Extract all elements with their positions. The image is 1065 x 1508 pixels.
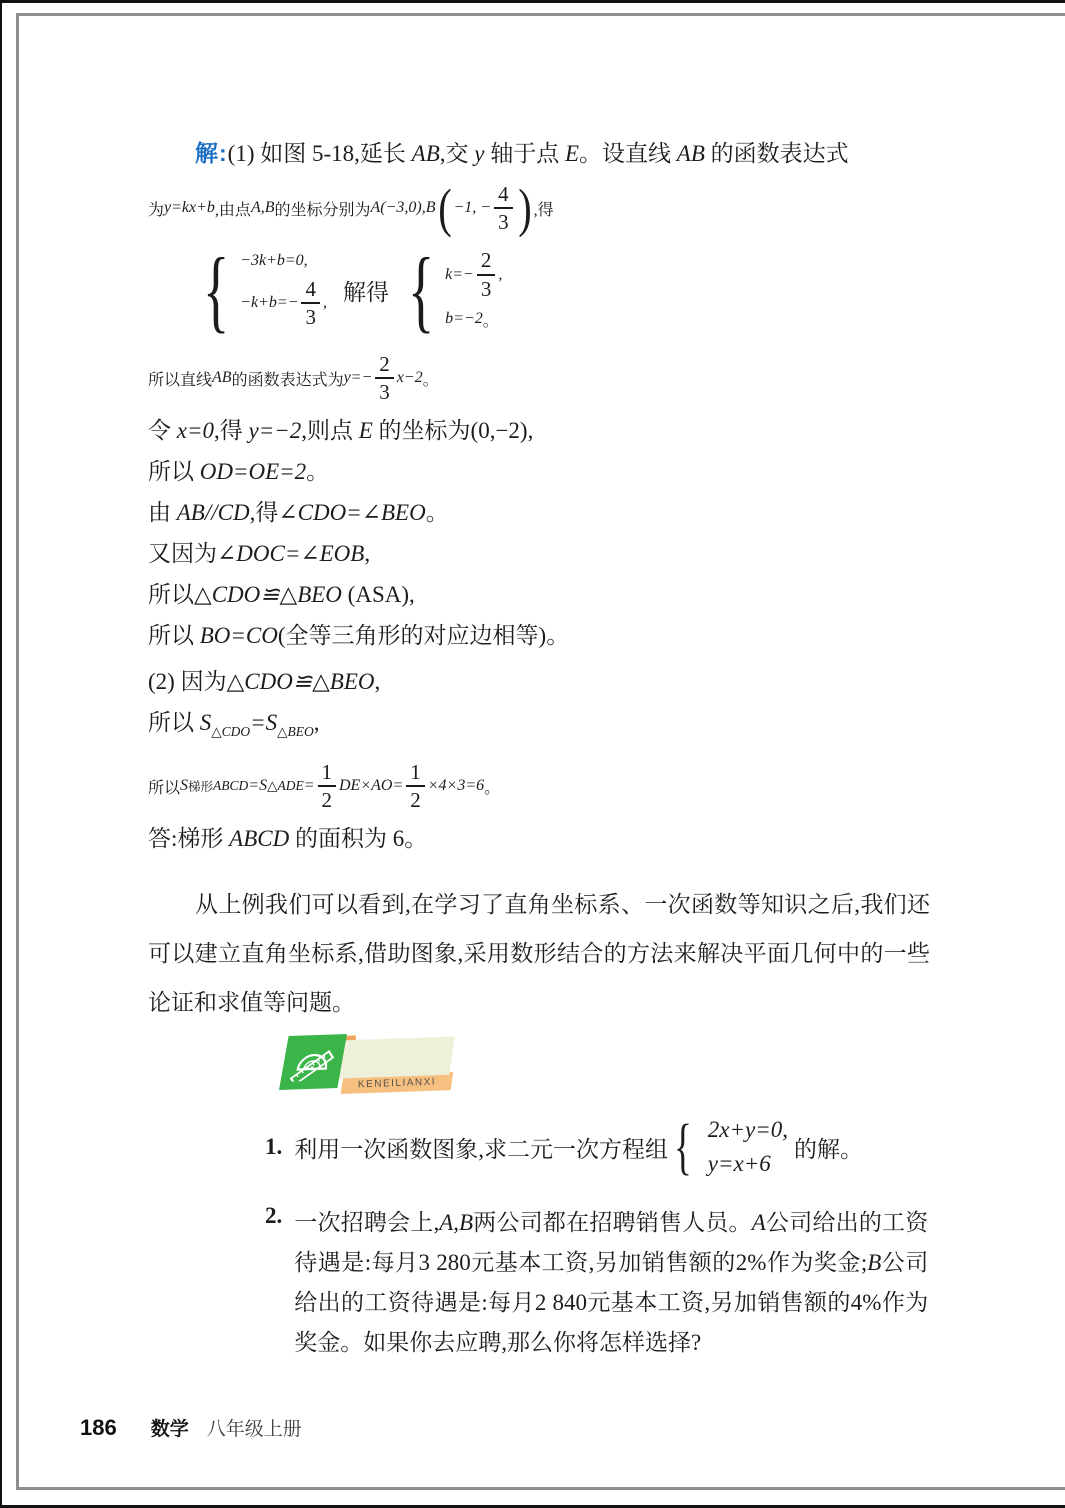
math-run: x−2 [397,369,423,387]
math-run: y=x+6 [708,1151,771,1177]
math-run: −3k+b=0, [240,252,308,270]
text-run: 一次招聘会上, [294,1210,439,1235]
math-run: y=kx+b [164,199,215,217]
math-run: A(−3,0),B [371,199,436,217]
solution-line-14: 所以 S梯形ABCD=S△ADE=12DE×AO=12×4×3=6。 [148,758,938,814]
numerator: 2 [375,353,394,379]
math-run: =S [248,777,267,795]
page-footer: 186 数学 八年级上册 [80,1414,302,1441]
numerator: 1 [406,761,425,787]
text-run: 解得 [343,274,389,307]
math-run: , [323,294,327,312]
practice-badge: 课内练习 KENEILIANXI [282,1037,522,1093]
text-run: 的函数表达式为 [232,367,344,390]
text-run: 。 [426,500,449,525]
summary-paragraph: 从上例我们可以看到,在学习了直角坐标系、一次函数等知识之后,我们还可以建立直角坐… [148,880,930,1027]
subscript: 梯形 [188,777,213,795]
solution-line-5: 所以直线 AB 的函数表达式为 y=−23x−2。 [148,350,938,406]
solution-line-2: 为 y=kx+b,由点 A,B 的坐标分别为 A(−3,0),B(−1, −43… [148,180,938,236]
solution-line-12: (2) 因为△CDO≌△BEO, [148,667,938,697]
math-run: b=−2 [445,310,483,328]
solution-line-8: 由 AB//CD,得∠CDO=∠BEO。 [148,498,938,528]
math-run: = [304,777,315,795]
text-run: , [314,710,320,735]
textbook-page: { "colors":{"solution_blue":"#1b6fc2","f… [0,0,1065,1508]
text-run: , [375,669,381,694]
math-run: 2x+y=0, [708,1117,788,1143]
text-run: , [364,541,370,566]
math-run: S [200,710,212,735]
math-run: OD=OE=2 [200,459,306,484]
solution-line-9: 又因为∠DOC=∠EOB, [148,539,938,569]
text-run: ,得 [534,197,554,220]
text-run: ,交 [440,141,475,166]
math-run: AB [412,141,440,166]
text-run: (ASA), [342,582,415,607]
math-run: B [867,1250,881,1275]
left-brace: { [203,246,230,334]
solution-line-1: 解:(1) 如图 5-18,延长 AB,交 y 轴于点 E。设直线 AB 的函数… [148,138,938,169]
text-run: 又因为 [148,541,217,566]
fraction: 43 [301,278,320,328]
exercise-2: 2. 一次招聘会上,A,B两公司都在招聘销售人员。A公司给出的工资待遇是:每月3… [265,1203,938,1363]
numerator: 4 [301,278,320,304]
subscript: △BEO [277,724,314,739]
text-run: 所以 [148,775,180,798]
text-run: 的面积为 6。 [289,826,427,851]
solution-answer-line: 答:梯形 ABCD 的面积为 6。 [148,824,938,854]
text-run: 所以 [148,623,200,648]
exercise-number: 1. [265,1134,282,1160]
fraction: 12 [406,761,425,811]
denominator: 2 [410,787,421,811]
exercise-1: 1. 利用一次函数图象,求二元一次方程组 { 2x+y=0, y=x+6 的解。 [265,1117,938,1177]
numerator: 1 [318,761,337,787]
math-run: =S [250,710,277,735]
text-run: (2) 因为 [148,669,227,694]
math-run: ABCD [229,826,289,851]
text-run: 。 [483,308,499,331]
math-run: k=− [445,266,474,284]
solution-line-11: 所以 BO=CO(全等三角形的对应边相等)。 [148,621,938,651]
text-run: 答:梯形 [148,826,229,851]
solution-label: 解: [195,140,228,166]
math-run: AB [212,369,232,387]
text-run: 。 [423,367,439,390]
math-run: −k+b=− [240,294,298,312]
math-run: A [752,1210,766,1235]
math-run: , [498,266,502,284]
math-run: −1, − [453,199,491,217]
protractor-ruler-icon [288,1042,337,1081]
math-run: DE×AO= [339,777,403,795]
text-run: ,得 [214,418,249,443]
system-solutions: k=−23, b=−2。 [445,249,502,330]
left-brace: { [408,246,435,334]
exercise-text: 一次招聘会上,A,B两公司都在招聘销售人员。A公司给出的工资待遇是:每月3 28… [294,1203,928,1363]
left-brace: { [674,1117,692,1177]
fraction: 12 [318,761,337,811]
fraction: 43 [494,183,513,233]
numerator: 4 [494,183,513,209]
math-run: A,B [251,199,275,217]
equation-system: { −3k+b=0, −k+b=−43, 解得 { k=−23, b=−2。 [194,246,938,334]
text-run: ,则点 [301,418,359,443]
text-run: 所以 [148,459,200,484]
math-run: E [565,141,579,166]
denominator: 3 [379,379,390,403]
text-run: 所以 [148,582,194,607]
solution-line-10: 所以△CDO≌△BEO (ASA), [148,580,938,610]
math-run: △CDO≌△BEO [194,582,342,607]
numerator: 2 [477,249,496,275]
denominator: 3 [498,209,509,233]
math-run: ∠CDO=∠BEO [278,500,425,525]
math-run: y=− [344,369,373,387]
solution-line-7: 所以 OD=OE=2。 [148,457,938,487]
math-run: S [180,777,188,795]
fraction: 23 [477,249,496,299]
text-run: (1) 如图 5-18,延长 [228,141,412,166]
system-equations: 2x+y=0, y=x+6 [708,1117,788,1177]
math-run: △CDO≌△BEO [227,669,375,694]
denominator: 3 [481,276,492,300]
math-run: x=0 [177,418,214,443]
scan-edge-left [0,0,2,1508]
footer-volume: 八年级上册 [207,1414,302,1441]
text-run: 。 [306,459,329,484]
math-run: A,B [439,1210,473,1235]
text-run: 的坐标为(0,−2), [373,418,534,443]
math-run: BO=CO [200,623,278,648]
page-number: 186 [80,1415,117,1441]
math-run: AB//CD [177,500,250,525]
page-content: 解:(1) 如图 5-18,延长 AB,交 y 轴于点 E。设直线 AB 的函数… [148,138,938,1363]
subscript: △CDO [211,724,250,739]
solution-line-13: 所以 S△CDO=S△BEO, [148,708,938,747]
footer-subject: 数学 [151,1414,189,1441]
text-run: 两公司都在招聘销售人员。 [473,1210,752,1235]
denominator: 3 [305,304,316,328]
badge-icon-tile [279,1034,347,1090]
math-run: y=−2 [248,418,301,443]
text-run: (全等三角形的对应边相等)。 [278,623,569,648]
text-run: 的解。 [794,1131,863,1164]
denominator: 2 [322,787,333,811]
text-run: ,由点 [215,197,251,220]
text-run: ,得 [250,500,279,525]
math-run: AB [677,141,705,166]
math-run: y [474,141,484,166]
system-equations: −3k+b=0, −k+b=−43, [240,252,327,328]
solution-line-6: 令 x=0,得 y=−2,则点 E 的坐标为(0,−2), [148,416,938,446]
text-run: 由 [148,500,177,525]
text-run: 利用一次函数图象,求二元一次方程组 [294,1131,668,1164]
text-run: 为 [148,197,164,220]
text-run: 所以直线 [148,367,212,390]
text-run: 的函数表达式 [705,141,849,166]
scan-edge-top [0,0,1065,3]
math-run: E [359,418,373,443]
text-run: 所以 [148,710,200,735]
math-run: ∠DOC=∠EOB [217,541,364,566]
text-run: 令 [148,418,177,443]
text-run: 的坐标分别为 [274,197,370,220]
text-run: 。 [484,775,500,798]
subscript: △ADE [267,778,304,794]
subscript: ABCD [213,778,248,794]
text-run: 。设直线 [579,141,677,166]
exercise-number: 2. [265,1203,282,1229]
practice-subtitle: KENEILIANXI [358,1076,437,1090]
fraction: 23 [375,353,394,403]
text-run: 轴于点 [484,141,565,166]
math-run: ×4×3=6 [428,777,484,795]
